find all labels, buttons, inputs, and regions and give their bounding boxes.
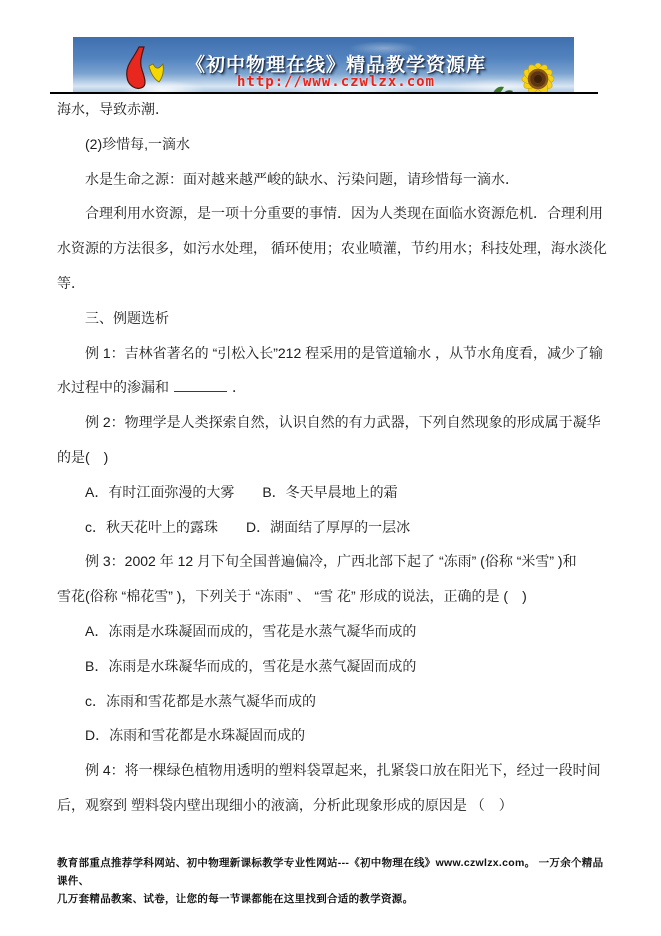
document-page: 《初中物理在线》精品教学资源库 http://www.czwlzx.com <box>0 0 661 936</box>
document-line: 的是( ) <box>57 440 623 475</box>
choice-line: A．冻雨是水珠凝固而成的，雪花是水蒸气凝华而成的 <box>57 614 623 649</box>
section-heading: 三、例题选析 <box>57 301 623 336</box>
banner-url: http://www.czwlzx.com <box>181 74 491 90</box>
document-line: 水是生命之源：面对越来越严峻的缺水、污染问题，请珍惜每一滴水． <box>57 162 623 197</box>
document-line: 合理利用水资源，是一项十分重要的事情．因为人类现在面临水资源危机．合理利用 <box>57 196 623 231</box>
document-line-with-blank: 水过程中的渗漏和． <box>57 370 623 405</box>
blank-line-prefix: 水过程中的渗漏和 <box>57 379 169 395</box>
choice-line: c．秋天花叶上的露珠 D．湖面结了厚厚的一层冰 <box>57 510 623 545</box>
blank-line-suffix: ． <box>232 379 246 395</box>
footer-line: 几万套精品教案、试卷，让您的每一节课都能在这里找到合适的教学资源。 <box>57 890 611 908</box>
document-line: 例 2：物理学是人类探索自然，认识自然的有力武器，下列自然现象的形成属于凝华 <box>57 405 623 440</box>
document-line: (2)珍惜每,一滴水 <box>57 127 623 162</box>
document-line: 等． <box>57 266 623 301</box>
document-line: 例 3：2002 年 12 月下旬全国普遍偏冷，广西北部下起了 “冻雨” (俗称… <box>57 544 623 579</box>
sunflower-icon <box>486 55 570 93</box>
choice-line: B．冻雨是水珠凝华而成的，雪花是水蒸气凝固而成的 <box>57 649 623 684</box>
document-line: 例 4：将一棵绿色植物用透明的塑料袋罩起来，扎紧袋口放在阳光下，经过一段时间 <box>57 753 623 788</box>
choice-line: c．冻雨和雪花都是水蒸气凝华而成的 <box>57 684 623 719</box>
document-body: 海水，导致赤潮． (2)珍惜每,一滴水 水是生命之源：面对越来越严峻的缺水、污染… <box>57 92 623 823</box>
banner-title: 《初中物理在线》精品教学资源库 <box>181 50 491 77</box>
document-line: 水资源的方法很多，如污水处理， 循环使用；农业喷灌，节约用水；科技处理，海水淡化 <box>57 231 623 266</box>
page-footer: 教育部重点推荐学科网站、初中物理新课标教学专业性网站---《初中物理在线》www… <box>57 854 611 908</box>
choice-line: D．冻雨和雪花都是水珠凝固而成的 <box>57 718 623 753</box>
footer-line: 教育部重点推荐学科网站、初中物理新课标教学专业性网站---《初中物理在线》www… <box>57 854 611 890</box>
choice-line: A．有时江面弥漫的大雾 B．冬天早晨地上的霜 <box>57 475 623 510</box>
site-banner: 《初中物理在线》精品教学资源库 http://www.czwlzx.com <box>73 37 574 93</box>
document-line: 雪花(俗称 “棉花雪” )，下列关于 “冻雨” 、 “雪 花” 形成的说法，正确… <box>57 579 623 614</box>
document-line: 后，观察到 塑料袋内壁出现细小的液滴，分析此现象形成的原因是 （ ） <box>57 788 623 823</box>
document-line: 例 1：吉林省著名的 “引松入长”212 程采用的是管道输水 ，从节水角度看，减… <box>57 336 623 371</box>
fill-in-blank-underline <box>174 379 227 392</box>
flame-check-logo-icon <box>113 46 177 93</box>
document-line: 海水，导致赤潮． <box>57 92 623 127</box>
